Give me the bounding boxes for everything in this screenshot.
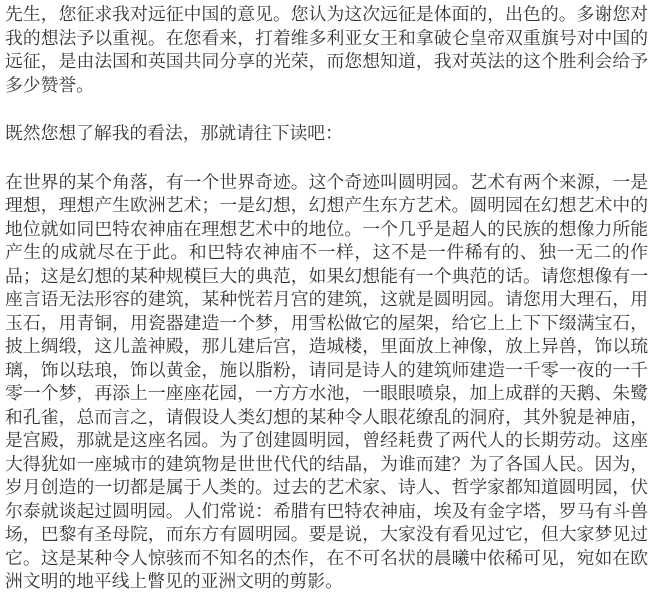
paragraph-letter-opening: 先生，您征求我对远征中国的意见。您认为这次远征是体面的，出色的。多谢您对我的想法…	[5, 3, 648, 97]
paragraph-transition-line: 既然您想了解我的看法，那就请往下读吧：	[5, 122, 648, 146]
paragraph-yuanmingyuan-description: 在世界的某个角落，有一个世界奇迹。这个奇迹叫圆明园。艺术有两个来源，一是理想，理…	[5, 171, 648, 594]
letter-body: 先生，您征求我对远征中国的意见。您认为这次远征是体面的，出色的。多谢您对我的想法…	[5, 3, 648, 594]
document-page: 先生，您征求我对远征中国的意见。您认为这次远征是体面的，出色的。多谢您对我的想法…	[0, 0, 656, 601]
